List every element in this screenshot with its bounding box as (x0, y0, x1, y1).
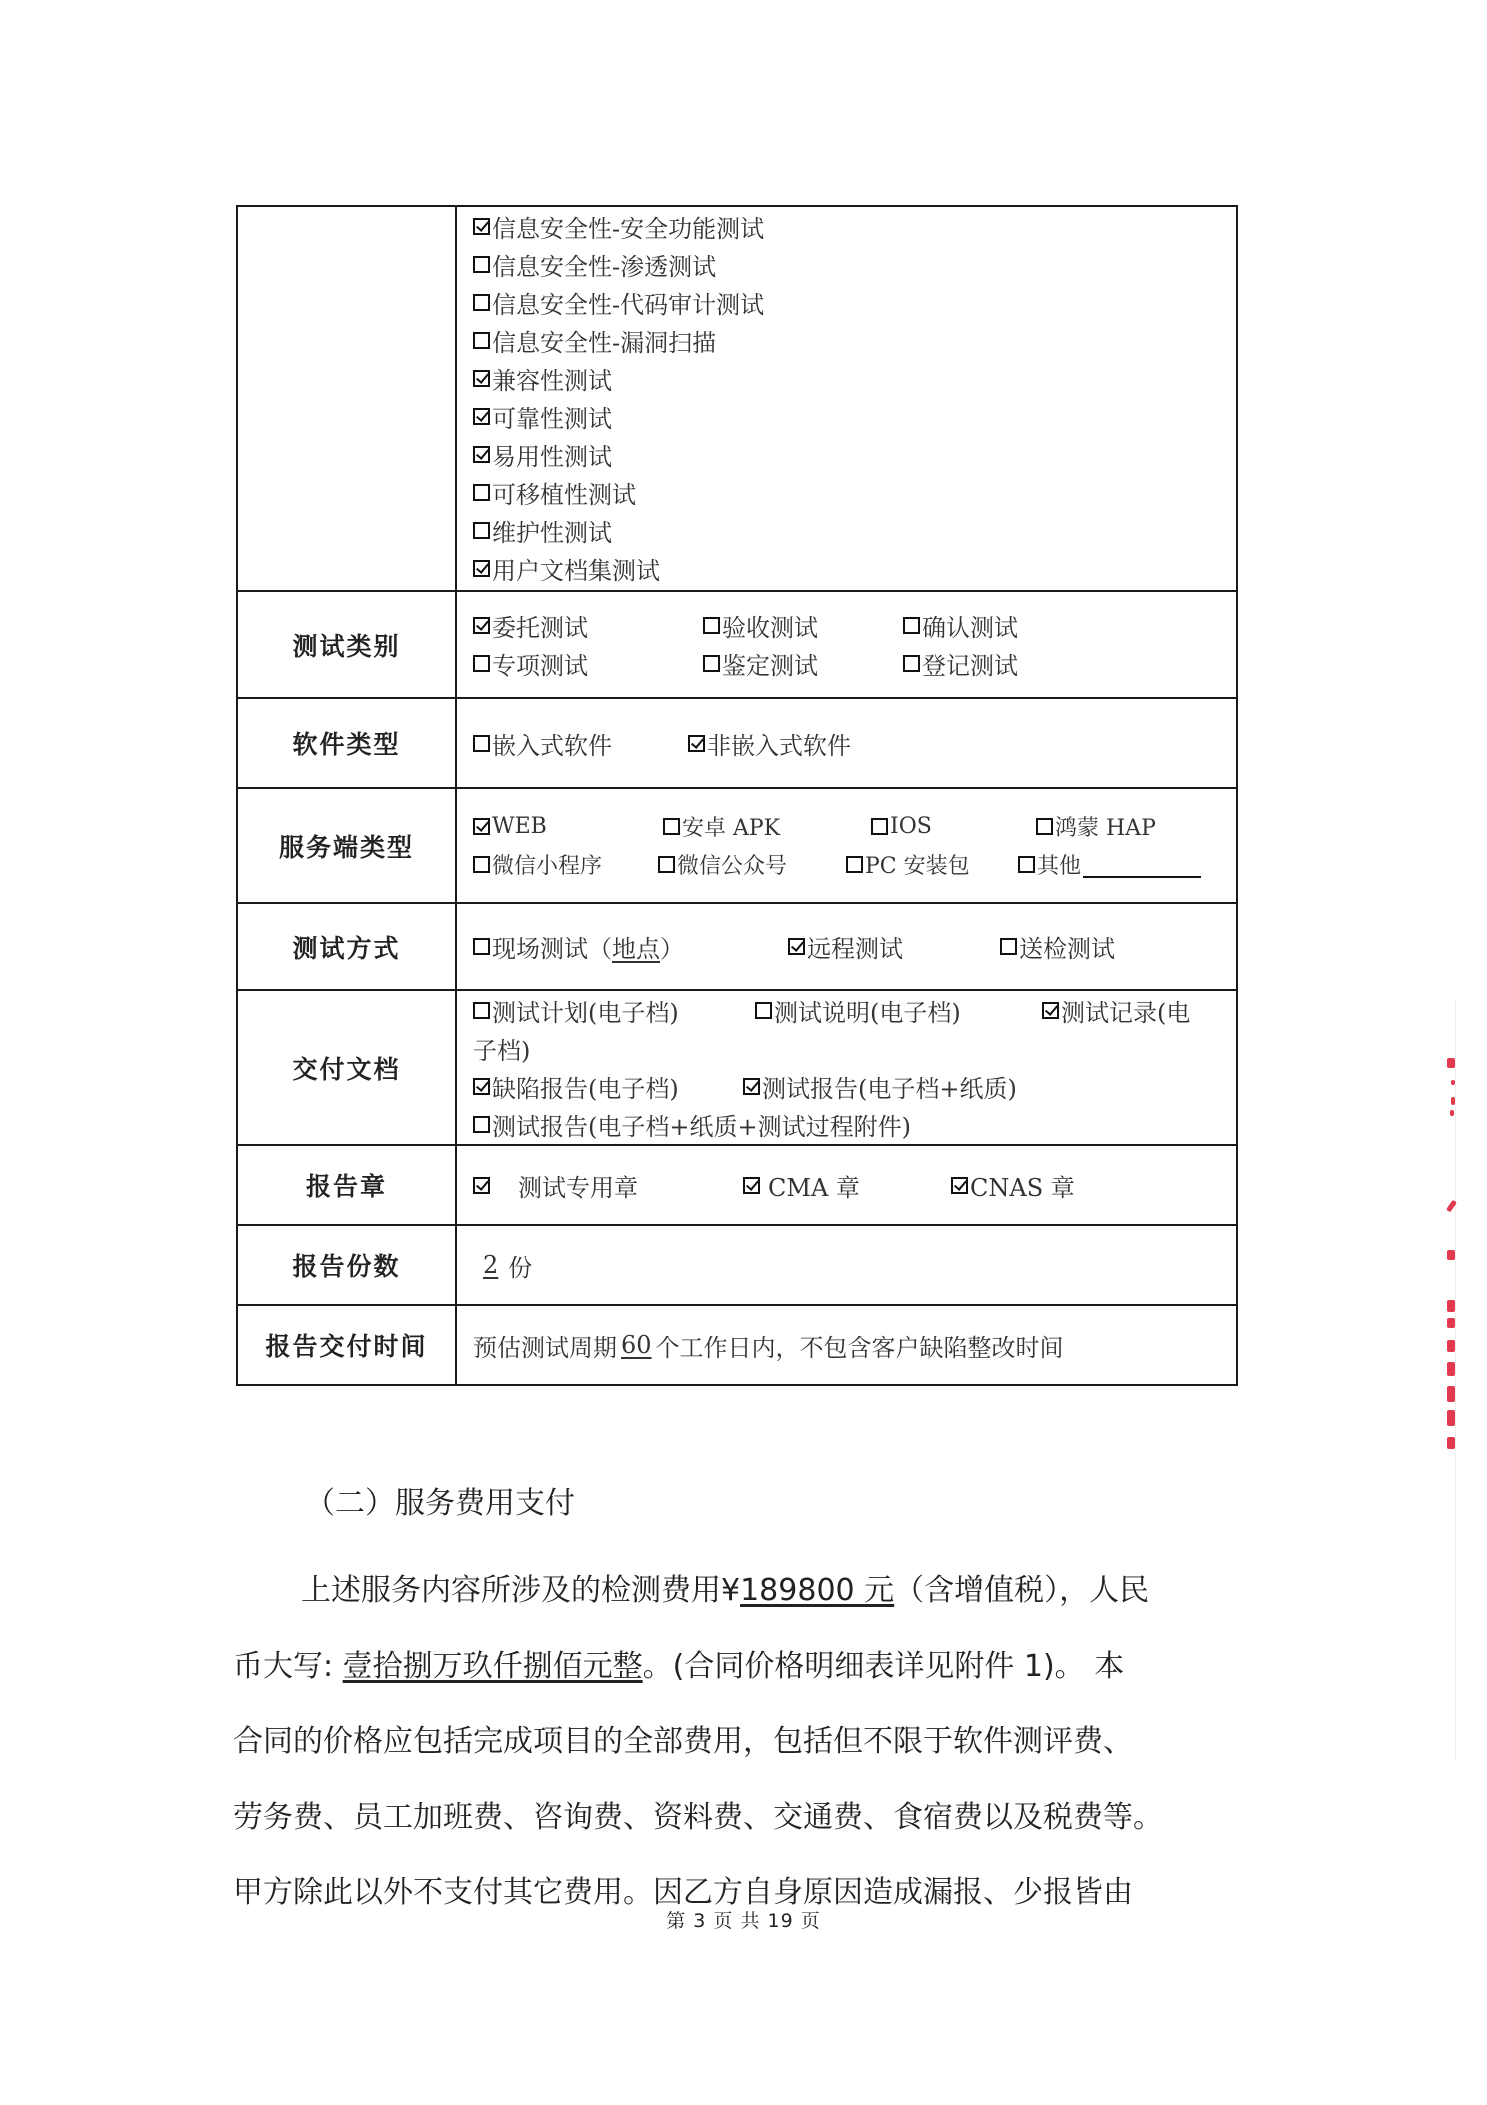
fee-amount: 189800 元 (740, 1573, 894, 1608)
checkbox-unchecked-icon[interactable] (658, 856, 675, 873)
option-commissioned-test[interactable]: 委托测试 (473, 608, 703, 643)
checkbox-unchecked-icon[interactable] (663, 818, 680, 835)
row-label: 测试类别 (238, 592, 457, 697)
checkbox-unchecked-icon[interactable] (903, 617, 920, 634)
option-compatibility[interactable]: 兼容性测试 (473, 359, 1236, 397)
option-test-record[interactable]: 测试记录(电 (1042, 993, 1190, 1028)
checkbox-unchecked-icon[interactable] (871, 818, 888, 835)
server-type-options: WEB 安卓 APK IOS 鸿蒙 HAP 微信小程序 微信公众号 PC 安装包… (457, 789, 1236, 902)
row-deliverables: 交付文档 测试计划(电子档) 测试说明(电子档) 测试记录(电 子档) 缺陷报告… (238, 989, 1236, 1144)
row-server-type: 服务端类型 WEB 安卓 APK IOS 鸿蒙 HAP 微信小程序 微信公众号 … (238, 787, 1236, 902)
checkbox-unchecked-icon[interactable] (1036, 818, 1053, 835)
row-software-type: 软件类型 嵌入式软件 非嵌入式软件 (238, 697, 1236, 787)
checkbox-checked-icon[interactable] (473, 446, 490, 463)
option-test-special-seal[interactable]: 测试专用章 (473, 1168, 743, 1203)
report-seal-options: 测试专用章 CMA 章 CNAS 章 (457, 1146, 1236, 1224)
row-label: 软件类型 (238, 699, 457, 787)
option-cma-seal[interactable]: CMA 章 (743, 1168, 951, 1203)
delivery-time-value: 预估测试周期 60 个工作日内，不包含客户缺陷整改时间 (457, 1306, 1236, 1384)
option-wechat-miniprogram[interactable]: 微信小程序 (473, 849, 658, 880)
option-non-embedded-software[interactable]: 非嵌入式软件 (688, 726, 851, 761)
checkbox-unchecked-icon[interactable] (473, 1116, 490, 1133)
option-other[interactable]: 其他 (1018, 849, 1201, 880)
option-test-report-with-attachments[interactable]: 测试报告(电子档+纸质+测试过程附件) (473, 1107, 911, 1142)
row-label: 报告份数 (238, 1226, 457, 1304)
checkbox-unchecked-icon[interactable] (1000, 938, 1017, 955)
option-cnas-seal[interactable]: CNAS 章 (951, 1168, 1075, 1203)
test-record-wrap: 子档) (473, 1030, 1230, 1068)
checkbox-checked-icon[interactable] (743, 1177, 760, 1194)
checkbox-unchecked-icon[interactable] (1018, 856, 1035, 873)
checkbox-unchecked-icon[interactable] (846, 856, 863, 873)
deliverables-options: 测试计划(电子档) 测试说明(电子档) 测试记录(电 子档) 缺陷报告(电子档)… (457, 991, 1236, 1144)
section-heading: （二）服务费用支付 (305, 1478, 575, 1522)
test-category-options: 委托测试 验收测试 确认测试 专项测试 鉴定测试 登记测试 (457, 592, 1236, 697)
option-security-code-audit[interactable]: 信息安全性-代码审计测试 (473, 283, 1236, 321)
option-test-description[interactable]: 测试说明(电子档) (755, 993, 1042, 1028)
row-label-empty (238, 207, 457, 590)
checkbox-unchecked-icon[interactable] (903, 655, 920, 672)
location-field[interactable]: 地点 (612, 929, 660, 964)
option-web[interactable]: WEB (473, 814, 663, 839)
checkbox-unchecked-icon[interactable] (473, 484, 490, 501)
row-delivery-time: 报告交付时间 预估测试周期 60 个工作日内，不包含客户缺陷整改时间 (238, 1304, 1236, 1384)
option-user-docs[interactable]: 用户文档集测试 (473, 549, 1236, 587)
checkbox-unchecked-icon[interactable] (755, 1002, 772, 1019)
row-label: 报告交付时间 (238, 1306, 457, 1384)
row-test-category: 测试类别 委托测试 验收测试 确认测试 专项测试 鉴定测试 登记测试 (238, 590, 1236, 697)
page-number: 第 3 页 共 19 页 (0, 1906, 1487, 1933)
report-copies-value: 2 份 (457, 1226, 1236, 1304)
fee-amount-words: 壹拾捌万玖仟捌佰元整 (343, 1649, 643, 1684)
checkbox-unchecked-icon[interactable] (473, 856, 490, 873)
option-harmony-hap[interactable]: 鸿蒙 HAP (1036, 811, 1156, 842)
row-quality-characteristics: 信息安全性-安全功能测试 信息安全性-渗透测试 信息安全性-代码审计测试 信息安… (238, 207, 1236, 590)
option-acceptance-test[interactable]: 验收测试 (703, 608, 903, 643)
contract-service-table: 信息安全性-安全功能测试 信息安全性-渗透测试 信息安全性-代码审计测试 信息安… (236, 205, 1238, 1386)
copies-count-field[interactable]: 2 (473, 1251, 508, 1279)
row-label: 交付文档 (238, 991, 457, 1144)
checkbox-unchecked-icon[interactable] (703, 655, 720, 672)
option-onsite-test[interactable]: 现场测试（地点） (473, 929, 788, 964)
option-pc-installer[interactable]: PC 安装包 (846, 849, 1018, 880)
quality-options: 信息安全性-安全功能测试 信息安全性-渗透测试 信息安全性-代码审计测试 信息安… (457, 207, 1236, 590)
checkbox-unchecked-icon[interactable] (473, 256, 490, 273)
row-report-seal: 报告章 测试专用章 CMA 章 CNAS 章 (238, 1144, 1236, 1224)
checkbox-checked-icon[interactable] (473, 408, 490, 425)
checkbox-checked-icon[interactable] (688, 735, 705, 752)
option-maintainability[interactable]: 维护性测试 (473, 511, 1236, 549)
option-portability[interactable]: 可移植性测试 (473, 473, 1236, 511)
option-wechat-official-account[interactable]: 微信公众号 (658, 849, 846, 880)
option-special-test[interactable]: 专项测试 (473, 646, 703, 681)
option-remote-test[interactable]: 远程测试 (788, 929, 1000, 964)
checkbox-checked-icon[interactable] (1042, 1002, 1059, 1019)
fee-paragraph: 上述服务内容所涉及的检测费用¥189800 元（含增值税），人民 币大写: 壹拾… (233, 1553, 1238, 1931)
checkbox-unchecked-icon[interactable] (473, 522, 490, 539)
page-edge-line (1455, 1000, 1456, 1760)
checkbox-checked-icon[interactable] (788, 938, 805, 955)
checkbox-checked-icon[interactable] (473, 370, 490, 387)
option-security-vuln-scan[interactable]: 信息安全性-漏洞扫描 (473, 321, 1236, 359)
other-blank-field[interactable] (1083, 852, 1201, 878)
checkbox-checked-icon[interactable] (473, 1177, 490, 1194)
checkbox-unchecked-icon[interactable] (473, 294, 490, 311)
checkbox-unchecked-icon[interactable] (473, 332, 490, 349)
software-type-options: 嵌入式软件 非嵌入式软件 (457, 699, 1236, 787)
row-report-copies: 报告份数 2 份 (238, 1224, 1236, 1304)
checkbox-checked-icon[interactable] (473, 617, 490, 634)
option-embedded-software[interactable]: 嵌入式软件 (473, 726, 688, 761)
checkbox-unchecked-icon[interactable] (473, 655, 490, 672)
row-label: 报告章 (238, 1146, 457, 1224)
checkbox-unchecked-icon[interactable] (473, 735, 490, 752)
option-submission-test[interactable]: 送检测试 (1000, 929, 1115, 964)
option-registration-test[interactable]: 登记测试 (903, 646, 1018, 681)
delivery-days-field[interactable]: 60 (617, 1331, 656, 1359)
option-validation-test[interactable]: 确认测试 (903, 608, 1018, 643)
option-appraisal-test[interactable]: 鉴定测试 (703, 646, 903, 681)
checkbox-checked-icon[interactable] (473, 560, 490, 577)
row-label: 服务端类型 (238, 789, 457, 902)
option-android-apk[interactable]: 安卓 APK (663, 811, 871, 842)
option-usability[interactable]: 易用性测试 (473, 435, 1236, 473)
row-label: 测试方式 (238, 904, 457, 989)
option-security-function[interactable]: 信息安全性-安全功能测试 (473, 207, 1236, 245)
option-defect-report[interactable]: 缺陷报告(电子档) (473, 1069, 743, 1104)
checkbox-checked-icon[interactable] (743, 1078, 760, 1095)
checkbox-checked-icon[interactable] (473, 818, 490, 835)
checkbox-checked-icon[interactable] (951, 1177, 968, 1194)
row-test-method: 测试方式 现场测试（地点） 远程测试 送检测试 (238, 902, 1236, 989)
checkbox-unchecked-icon[interactable] (473, 938, 490, 955)
option-reliability[interactable]: 可靠性测试 (473, 397, 1236, 435)
test-method-options: 现场测试（地点） 远程测试 送检测试 (457, 904, 1236, 989)
option-test-plan[interactable]: 测试计划(电子档) (473, 993, 755, 1028)
checkbox-unchecked-icon[interactable] (703, 617, 720, 634)
checkbox-checked-icon[interactable] (473, 218, 490, 235)
checkbox-checked-icon[interactable] (473, 1078, 490, 1095)
checkbox-unchecked-icon[interactable] (473, 1002, 490, 1019)
option-test-report[interactable]: 测试报告(电子档+纸质) (743, 1069, 1017, 1104)
option-security-pentest[interactable]: 信息安全性-渗透测试 (473, 245, 1236, 283)
option-ios[interactable]: IOS (871, 814, 1036, 839)
